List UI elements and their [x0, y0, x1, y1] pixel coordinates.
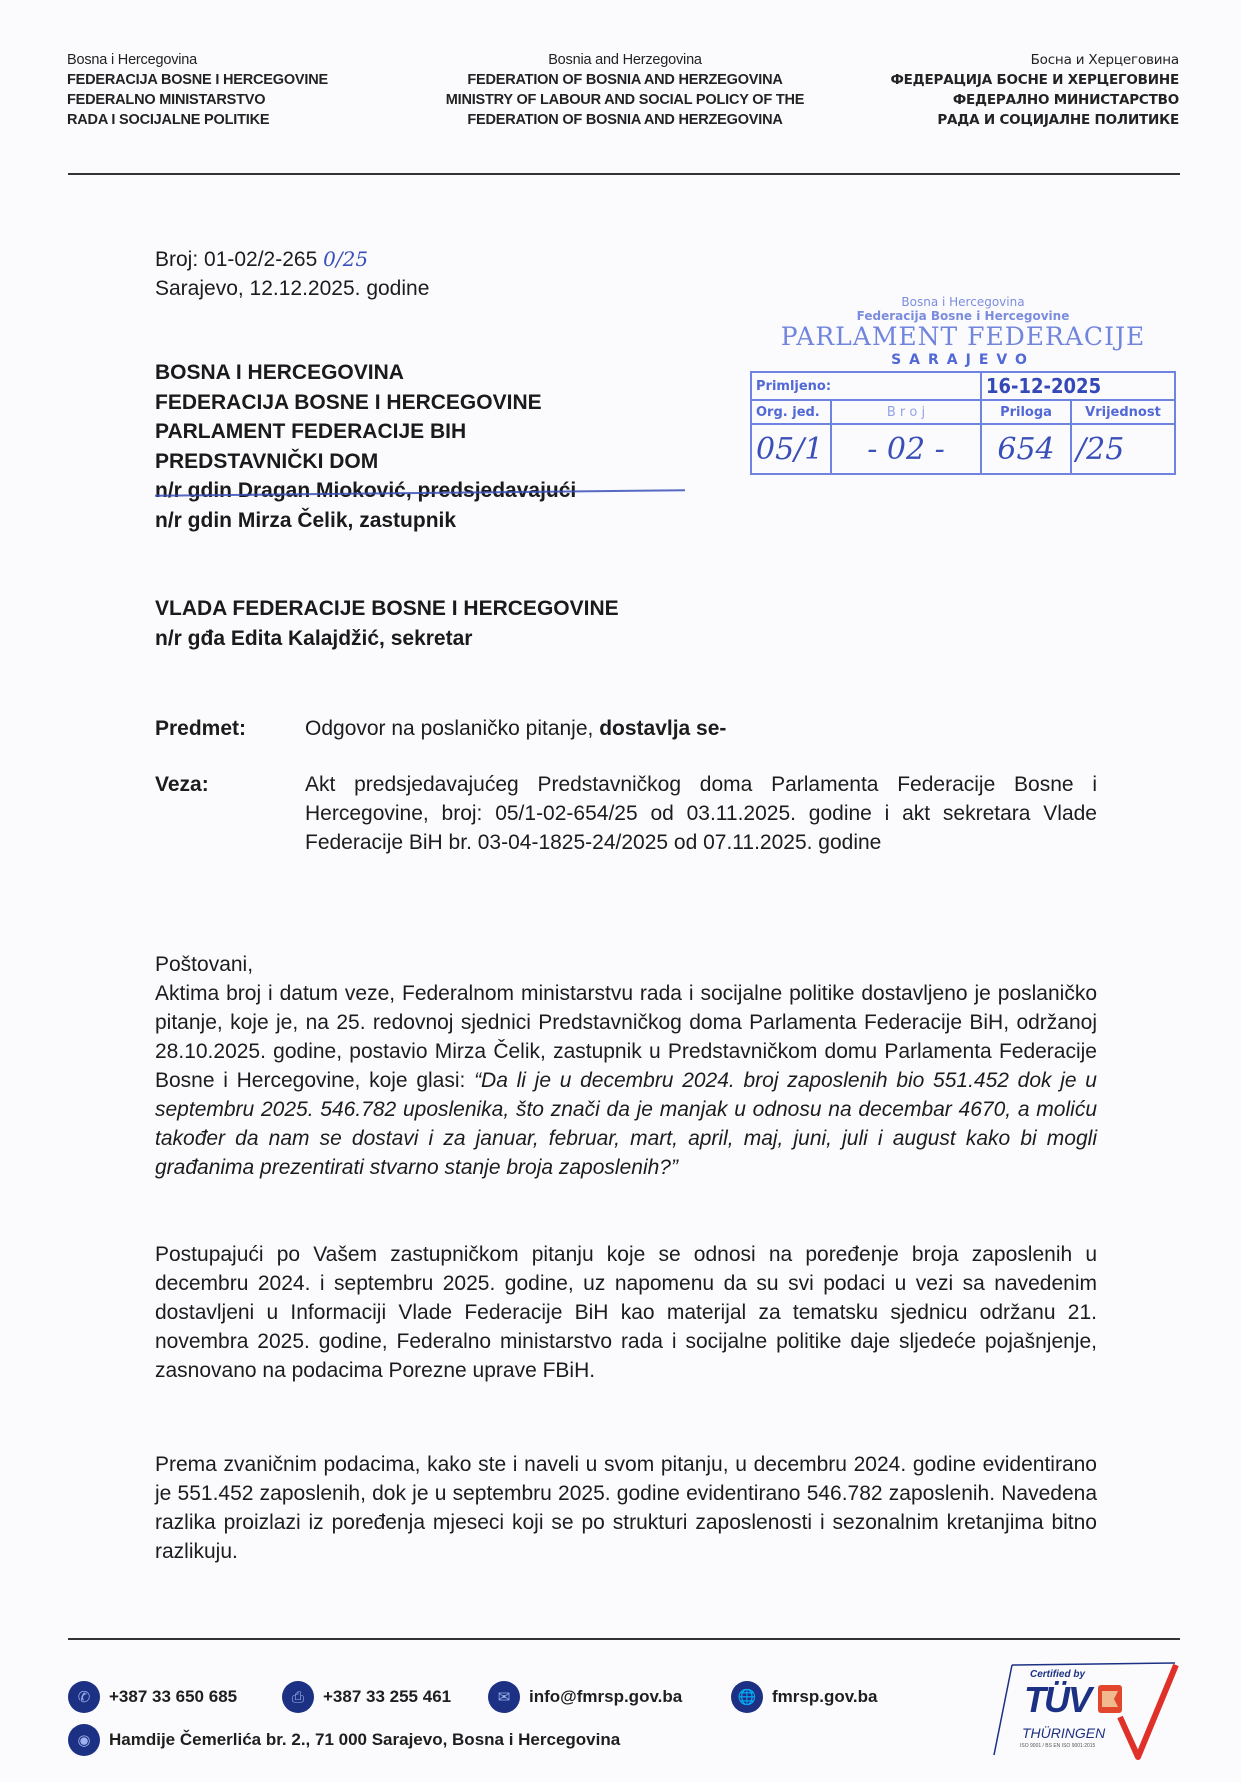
stamp-line: Bosna i Hercegovina — [748, 295, 1178, 309]
letterhead-cyrillic: Босна и Херцеговина ФЕДЕРАЦИЈА БОСНЕ И Х… — [890, 50, 1179, 130]
link-text: Akt predsjedavajućeg Predstavničkog doma… — [305, 770, 1097, 857]
stamp-received-date: 16-12-2025 — [981, 372, 1175, 400]
place-date: Sarajevo, 12.12.2025. godine — [155, 274, 429, 303]
subject-label: Predmet: — [155, 714, 246, 743]
footer-website[interactable]: 🌐 fmrsp.gov.ba — [731, 1681, 877, 1713]
location-pin-icon: ◉ — [68, 1724, 100, 1756]
website-text: fmrsp.gov.ba — [772, 1687, 877, 1707]
letterhead-line: FEDERALNO MINISTARSTVO — [67, 90, 328, 110]
footer-email[interactable]: ✉ info@fmrsp.gov.ba — [488, 1681, 682, 1713]
letterhead-line: FEDERATION OF BOSNIA AND HERZEGOVINA — [400, 70, 850, 90]
letterhead-line: Bosna i Hercegovina — [67, 50, 328, 70]
recipient-representative: n/r gdin Mirza Čelik, zastupnik — [155, 506, 576, 536]
cert-region: THÜRINGEN — [1022, 1725, 1105, 1741]
subject-text-bold: dostavlja se- — [599, 717, 726, 740]
recipient-line: PARLAMENT FEDERACIJE BIH — [155, 417, 576, 447]
stamp-title: PARLAMENT FEDERACIJE — [748, 323, 1178, 351]
stamp-val-vrijednost: /25 — [1071, 424, 1175, 474]
recipient-line: BOSNA I HERCEGOVINA — [155, 358, 576, 388]
letterhead-line: RADA I SOCIJALNE POLITIKE — [67, 110, 328, 130]
recipient-line: VLADA FEDERACIJE BOSNE I HERCEGOVINE — [155, 594, 619, 624]
stamp-received-label: Primljeno: — [751, 372, 981, 400]
stamp-val-broj: - 02 - — [831, 424, 981, 474]
letterhead-line: РАДА И СОЦИЈАЛНЕ ПОЛИТИКЕ — [890, 110, 1179, 130]
recipient-line: PREDSTAVNIČKI DOM — [155, 447, 576, 477]
paragraph-response: Postupajući po Vašem zastupničkom pitanj… — [155, 1240, 1097, 1385]
subject-text-plain: Odgovor na poslaničko pitanje, — [305, 717, 599, 740]
cert-iso: ISO 9001 / BS EN ISO 9001:2015 — [1020, 1743, 1095, 1749]
recipient-parliament: BOSNA I HERCEGOVINA FEDERACIJA BOSNE I H… — [155, 358, 576, 535]
received-stamp: Bosna i Hercegovina Federacija Bosne i H… — [748, 295, 1178, 475]
reference-number: Broj: 01-02/2-265 0/25 — [155, 245, 429, 274]
recipient-secretary: n/r gđa Edita Kalajdžić, sekretar — [155, 624, 619, 654]
subject-text: Odgovor na poslaničko pitanje, dostavlja… — [305, 714, 726, 743]
footer-address: ◉ Hamdije Čemerlića br. 2., 71 000 Saraj… — [68, 1724, 620, 1756]
letterhead-line: FEDERACIJA BOSNE I HERCEGOVINE — [67, 70, 328, 90]
stamp-val-priloga: 654 — [981, 424, 1071, 474]
header-divider — [68, 173, 1180, 175]
phone-text: +387 33 650 685 — [109, 1687, 237, 1707]
handwritten-number: 0/25 — [323, 247, 368, 271]
stamp-col-broj: B r o j — [831, 400, 981, 424]
cert-brand: TÜV — [1024, 1679, 1090, 1721]
stamp-col-vrijednost: Vrijednost — [1071, 400, 1175, 424]
fax-text: +387 33 255 461 — [323, 1687, 451, 1707]
address-text: Hamdije Čemerlića br. 2., 71 000 Sarajev… — [109, 1730, 620, 1750]
globe-icon: 🌐 — [731, 1681, 763, 1713]
stamp-col-org: Org. jed. — [751, 400, 831, 424]
footer-divider — [68, 1638, 1180, 1640]
paragraph-data: Prema zvaničnim podacima, kako ste i nav… — [155, 1450, 1097, 1566]
link-label: Veza: — [155, 770, 209, 799]
tuv-certification-logo: Certified by TÜV THÜRINGEN ISO 9001 / BS… — [990, 1655, 1180, 1775]
recipient-line: FEDERACIJA BOSNE I HERCEGOVINE — [155, 388, 576, 418]
email-text: info@fmrsp.gov.ba — [529, 1687, 682, 1707]
phone-icon: ✆ — [68, 1681, 100, 1713]
recipient-line-struck: n/r gdin Dragan Mioković, predsjedavajuć… — [155, 476, 576, 506]
footer-fax[interactable]: ⎙ +387 33 255 461 — [282, 1681, 451, 1713]
recipient-government: VLADA FEDERACIJE BOSNE I HERCEGOVINE n/r… — [155, 594, 619, 653]
reference-block: Broj: 01-02/2-265 0/25 Sarajevo, 12.12.2… — [155, 245, 429, 303]
stamp-col-priloga: Priloga — [981, 400, 1071, 424]
letterhead-line: ФЕДЕРАЦИЈА БОСНЕ И ХЕРЦЕГОВИНЕ — [890, 70, 1179, 90]
stamp-line: Federacija Bosne i Hercegovine — [748, 309, 1178, 323]
letterhead-bosnian: Bosna i Hercegovina FEDERACIJA BOSNE I H… — [67, 50, 328, 130]
letterhead-line: ФЕДЕРАЛНО МИНИСТАРСТВО — [890, 90, 1179, 110]
footer-phone[interactable]: ✆ +387 33 650 685 — [68, 1681, 237, 1713]
letterhead-line: MINISTRY OF LABOUR AND SOCIAL POLICY OF … — [400, 90, 850, 110]
letterhead-line: FEDERATION OF BOSNIA AND HERZEGOVINA — [400, 110, 850, 130]
reference-number-text: Broj: 01-02/2-265 — [155, 248, 317, 271]
letterhead-line: Bosnia and Herzegovina — [400, 50, 850, 70]
stamp-val-org: 05/1 — [751, 424, 831, 474]
mail-icon: ✉ — [488, 1681, 520, 1713]
stamp-city: SARAJEVO — [748, 351, 1178, 369]
letterhead-english: Bosnia and Herzegovina FEDERATION OF BOS… — [400, 50, 850, 130]
stamp-table: Primljeno: 16-12-2025 Org. jed. B r o j … — [750, 371, 1176, 475]
paragraph-question: Aktima broj i datum veze, Federalnom min… — [155, 979, 1097, 1182]
greeting: Poštovani, — [155, 950, 253, 979]
fax-icon: ⎙ — [282, 1681, 314, 1713]
letterhead-line: Босна и Херцеговина — [890, 50, 1179, 70]
